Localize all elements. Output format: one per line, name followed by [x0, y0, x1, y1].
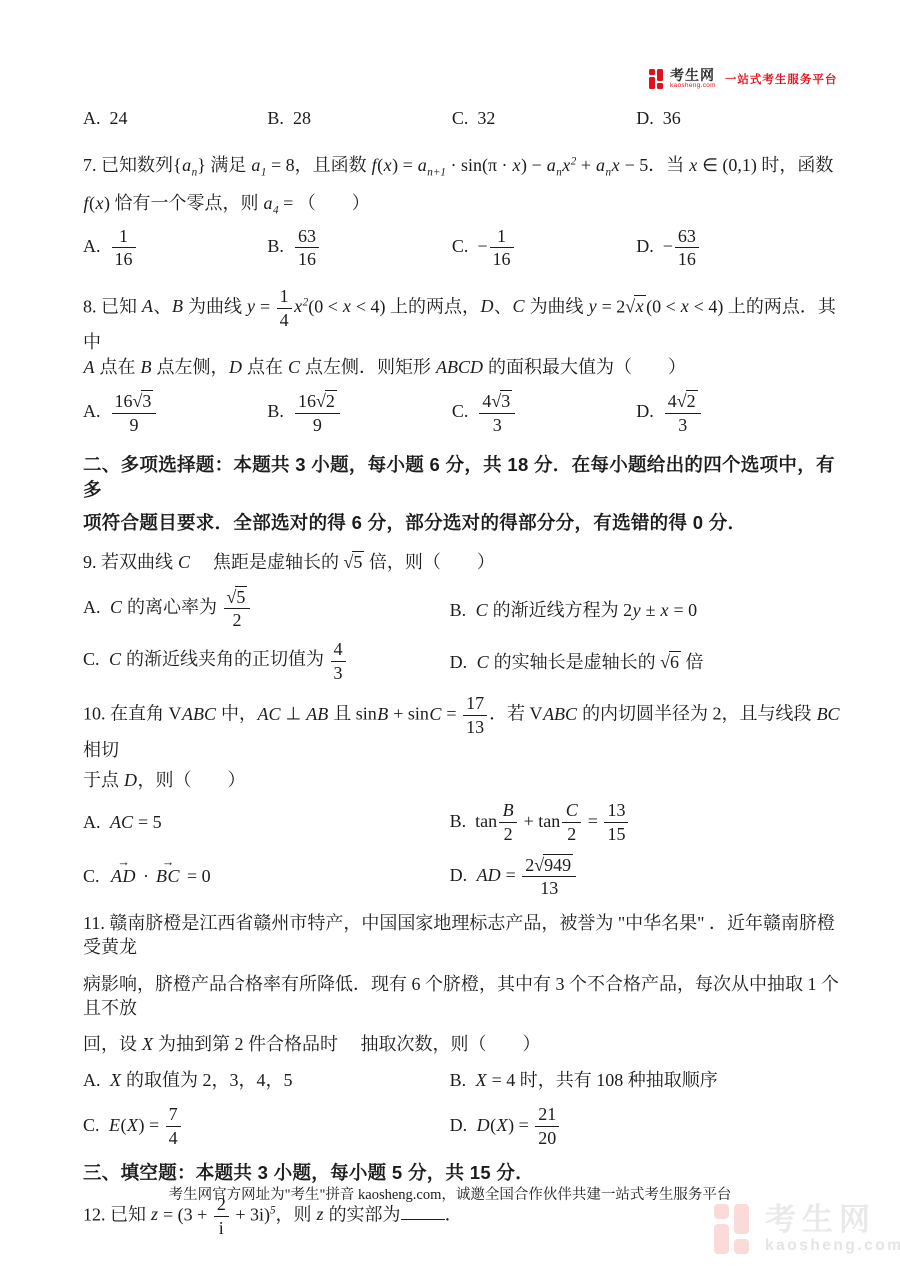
question-11-options-row-2: C.E(X) = 74 D.D(X) = 2120 [83, 1104, 842, 1148]
sqrt-radical: √2 [316, 390, 337, 411]
logo-domain: kaosheng.com [670, 83, 716, 90]
option-value: C 的离心率为 √52 [110, 597, 253, 617]
watermark-block [714, 1204, 729, 1219]
option-label: B. [267, 401, 284, 421]
option-label: A. [83, 1070, 101, 1090]
question-7-option-d: D.−6316 [636, 226, 842, 270]
fraction: 116 [490, 226, 514, 270]
question-9-option-d: D.C 的实轴长是虚轴长的 √6 倍 [450, 648, 842, 674]
question-10-line-2: 于点 D，则（ ） [83, 768, 842, 792]
option-value: 116 [110, 236, 138, 256]
option-value: 24 [110, 108, 128, 128]
watermark-domain: kaosheng.com [765, 1238, 900, 1254]
option-label: C. [83, 866, 100, 886]
option-value: −6316 [663, 236, 701, 256]
sqrt-radical: √2 [677, 390, 698, 411]
logo-brand: 考生网 [670, 68, 716, 82]
option-label: C. [83, 649, 100, 669]
question-8-line-1: 8. 已知 A、B 为曲线 y = 14x2(0 < x < 4) 上的两点，D… [83, 286, 842, 355]
option-value: 16√29 [293, 401, 342, 421]
option-label: C. [452, 236, 469, 256]
logo-block [657, 69, 663, 81]
section-2-header-line-1: 二、多项选择题：本题共 3 小题，每小题 6 分，共 18 分．在每小题给出的四… [83, 453, 842, 503]
option-label: C. [452, 401, 469, 421]
option-value: 4√23 [663, 401, 703, 421]
watermark-block [714, 1224, 729, 1254]
vector: →AD [111, 866, 137, 887]
option-value: D(X) = 2120 [476, 1115, 561, 1135]
kaosheng-logo: 考生网 kaosheng.com 一站式考生服务平台 [649, 68, 837, 90]
fraction: 1713 [463, 693, 487, 737]
question-11-option-c: C.E(X) = 74 [83, 1104, 450, 1148]
question-9-options-row-1: A.C 的离心率为 √52 B.C 的渐近线方程为 2y ± x = 0 [83, 587, 842, 631]
option-value: X = 4 时，共有 108 种抽取顺序 [475, 1070, 718, 1090]
question-8-option-a: A.16√39 [83, 391, 267, 435]
option-label: A. [83, 812, 101, 832]
question-10-line-1: 10. 在直角 VABC 中，AC ⊥ AB 且 sinB + sinC = 1… [83, 693, 842, 762]
option-value: 4√33 [477, 401, 517, 421]
question-7-option-b: B.6316 [267, 226, 451, 270]
question-9-option-c: C.C 的渐近线夹角的正切值为 43 [83, 639, 450, 683]
watermark-block [734, 1204, 749, 1234]
fraction: 4√23 [665, 391, 701, 435]
question-11-line-2: 病影响，脐橙产品合格率有所降低．现有 6 个脐橙，其中有 3 个不合格产品，每次… [83, 972, 842, 1021]
logo-block [649, 69, 655, 75]
question-6-option-b: B.28 [267, 108, 451, 129]
question-9-option-b: B.C 的渐近线方程为 2y ± x = 0 [450, 596, 842, 622]
fraction: √52 [224, 587, 251, 631]
option-value: C 的渐近线夹角的正切值为 43 [109, 649, 348, 669]
option-label: C. [452, 108, 469, 128]
option-value: −116 [477, 236, 515, 256]
fraction: 2√94913 [522, 855, 576, 899]
fraction: 16√29 [295, 391, 340, 435]
fraction: 16√39 [112, 391, 157, 435]
fraction: 4√33 [479, 391, 515, 435]
option-label: B. [267, 236, 284, 256]
option-value: E(X) = 74 [109, 1115, 183, 1135]
option-value: 32 [477, 108, 495, 128]
option-value: 28 [293, 108, 311, 128]
exam-body: A.24 B.28 C.32 D.36 7. 已知数列{an} 满足 a1 = … [83, 108, 842, 1238]
sqrt-radical: √5 [344, 551, 365, 572]
question-6-option-d: D.36 [636, 108, 842, 129]
answer-blank [401, 1202, 445, 1220]
option-label: D. [636, 236, 654, 256]
option-label: B. [450, 600, 467, 620]
fraction: 43 [331, 639, 346, 683]
fraction: 6316 [675, 226, 699, 270]
option-label: D. [450, 652, 468, 672]
vector-arrow-icon: → [111, 856, 137, 869]
option-label: A. [83, 108, 101, 128]
question-10-option-d: D.AD = 2√94913 [450, 855, 842, 899]
question-6-option-a: A.24 [83, 108, 267, 129]
question-7-option-c: C.−116 [452, 226, 636, 270]
question-10-options-row-2: C.→AD · →BC = 0 D.AD = 2√94913 [83, 847, 842, 899]
kaosheng-watermark-icon [714, 1204, 756, 1254]
logo-block [649, 77, 655, 89]
fraction: 2120 [535, 1104, 559, 1148]
option-value: X 的取值为 2，3，4，5 [110, 1070, 293, 1090]
question-11-option-b: B.X = 4 时，共有 108 种抽取顺序 [450, 1066, 842, 1092]
option-label: D. [450, 1115, 468, 1135]
option-label: B. [267, 108, 284, 128]
question-7-line-2: f(x) 恰有一个零点，则 a4 = （ ） [83, 191, 842, 215]
question-9-options-row-2: C.C 的渐近线夹角的正切值为 43 D.C 的实轴长是虚轴长的 √6 倍 [83, 639, 842, 683]
option-value: →AD · →BC = 0 [109, 866, 211, 886]
vector: →BC [156, 866, 181, 887]
option-value: 16√39 [110, 401, 159, 421]
sqrt-radical: √3 [491, 390, 512, 411]
option-label: B. [450, 1070, 467, 1090]
option-value: 6316 [293, 236, 321, 256]
question-11-options-row-1: A.X 的取值为 2，3，4，5 B.X = 4 时，共有 108 种抽取顺序 [83, 1066, 842, 1092]
fraction: C2 [562, 800, 581, 844]
sqrt-radical: √949 [534, 854, 573, 875]
logo-block [657, 83, 663, 89]
question-10-options-row-1: A.AC = 5 B.tanB2 + tanC2 = 1315 [83, 800, 842, 844]
fraction: 1315 [604, 800, 628, 844]
question-11-option-a: A.X 的取值为 2，3，4，5 [83, 1066, 450, 1092]
question-7-option-a: A.116 [83, 226, 267, 270]
kaosheng-logo-icon [649, 69, 666, 89]
option-value: 36 [663, 108, 681, 128]
option-label: D. [636, 108, 654, 128]
question-11-line-3: 回，设 X 为抽到第 2 件合格品时 抽取次数，则（ ） [83, 1032, 842, 1056]
watermark-block [734, 1239, 749, 1254]
question-8-option-c: C.4√33 [452, 391, 636, 435]
vector-arrow-icon: → [156, 856, 181, 869]
question-10-option-a: A.AC = 5 [83, 812, 450, 833]
option-value: tanB2 + tanC2 = 1315 [475, 811, 630, 831]
question-8-options: A.16√39 B.16√29 C.4√33 D.4√23 [83, 391, 842, 435]
section-2-header-line-2: 项符合题目要求．全部选对的得 6 分，部分选对的得部分分，有选错的得 0 分． [83, 511, 842, 536]
option-label: A. [83, 401, 101, 421]
fraction: 116 [112, 226, 136, 270]
option-label: A. [83, 236, 101, 256]
logo-tagline: 一站式考生服务平台 [725, 71, 838, 87]
exam-page: 考生网 kaosheng.com 一站式考生服务平台 A.24 B.28 C.3… [0, 0, 900, 1273]
question-7-line-1: 7. 已知数列{an} 满足 a1 = 8，且函数 f(x) = an+1 · … [83, 153, 842, 177]
question-6-options: A.24 B.28 C.32 D.36 [83, 108, 842, 129]
sqrt-radical: √6 [660, 651, 681, 672]
question-6-option-c: C.32 [452, 108, 636, 129]
question-8-option-b: B.16√29 [267, 391, 451, 435]
sqrt-radical: √x [625, 295, 646, 316]
fraction: 14 [277, 286, 292, 330]
option-value: C 的实轴长是虚轴长的 √6 倍 [476, 651, 703, 672]
question-8-line-2: A 点在 B 点左侧，D 点在 C 点左侧．则矩形 ABCD 的面积最大值为（ … [83, 355, 842, 379]
sqrt-radical: √5 [227, 586, 248, 607]
option-label: B. [450, 811, 467, 831]
option-label: D. [636, 401, 654, 421]
question-11-option-d: D.D(X) = 2120 [450, 1104, 842, 1148]
fraction: 74 [166, 1104, 181, 1148]
question-9-option-a: A.C 的离心率为 √52 [83, 587, 450, 631]
question-10-option-b: B.tanB2 + tanC2 = 1315 [450, 800, 842, 844]
fraction: 6316 [295, 226, 319, 270]
question-11-line-1: 11. 赣南脐橙是江西省赣州市特产，中国国家地理标志产品，被誉为 "中华名果" … [83, 911, 842, 960]
option-label: A. [83, 597, 101, 617]
option-value: C 的渐近线方程为 2y ± x = 0 [475, 600, 697, 620]
page-footer: 考生网官方网址为"考生"拼音 kaosheng.com，诚邀全国合作伙伴共建一站… [0, 1183, 900, 1204]
question-7-options: A.116 B.6316 C.−116 D.−6316 [83, 226, 842, 270]
question-10-option-c: C.→AD · →BC = 0 [83, 866, 450, 887]
sqrt-radical: √3 [133, 390, 154, 411]
option-value: AC = 5 [110, 812, 162, 832]
watermark-brand: 考生网 [765, 1204, 900, 1235]
logo-text: 考生网 kaosheng.com [670, 68, 716, 90]
option-value: AD = 2√94913 [476, 865, 578, 885]
watermark-text: 考生网 kaosheng.com [765, 1204, 900, 1254]
fraction: B2 [499, 800, 517, 844]
question-8-option-d: D.4√23 [636, 391, 842, 435]
option-label: C. [83, 1115, 100, 1135]
kaosheng-watermark: 考生网 kaosheng.com [714, 1204, 900, 1254]
question-9-line-1: 9. 若双曲线 C 焦距是虚轴长的 √5 倍，则（ ） [83, 550, 842, 574]
option-label: D. [450, 865, 468, 885]
